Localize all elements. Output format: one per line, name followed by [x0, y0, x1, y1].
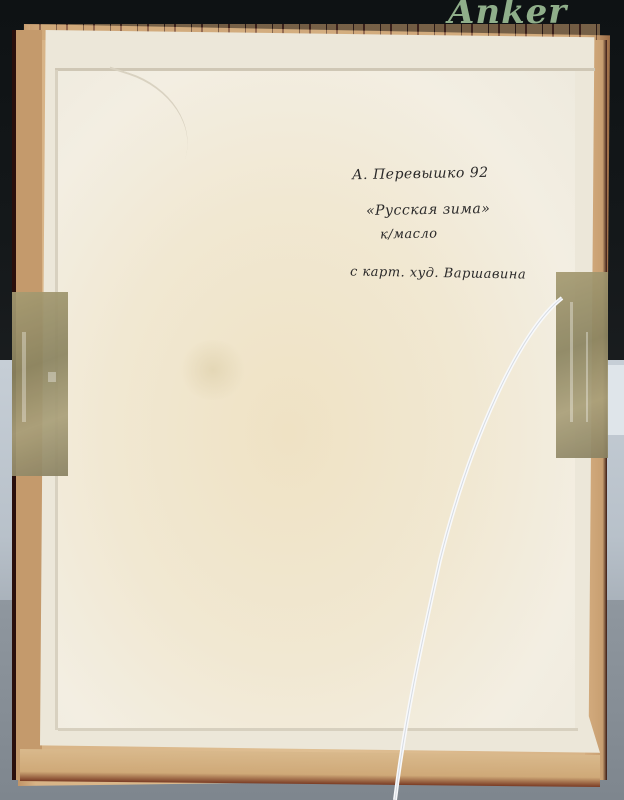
inscription-artist-year: А. Перевышко 92	[352, 165, 489, 183]
water-stain	[178, 340, 248, 400]
paper-fold-top	[55, 68, 595, 71]
tape-left	[12, 292, 68, 476]
frame-bottom-side	[20, 749, 600, 787]
backing-paper	[55, 70, 575, 730]
tape-right	[556, 272, 608, 458]
inscription-medium: к/масло	[380, 226, 438, 242]
photo-scene: Anker А. Перевышко 92 «Русская зима» к/м…	[0, 0, 624, 800]
paper-fold-bottom	[58, 728, 578, 731]
inscription-source: с карт. худ. Варшавина	[350, 264, 526, 282]
inscription-title: «Русская зима»	[366, 201, 491, 219]
